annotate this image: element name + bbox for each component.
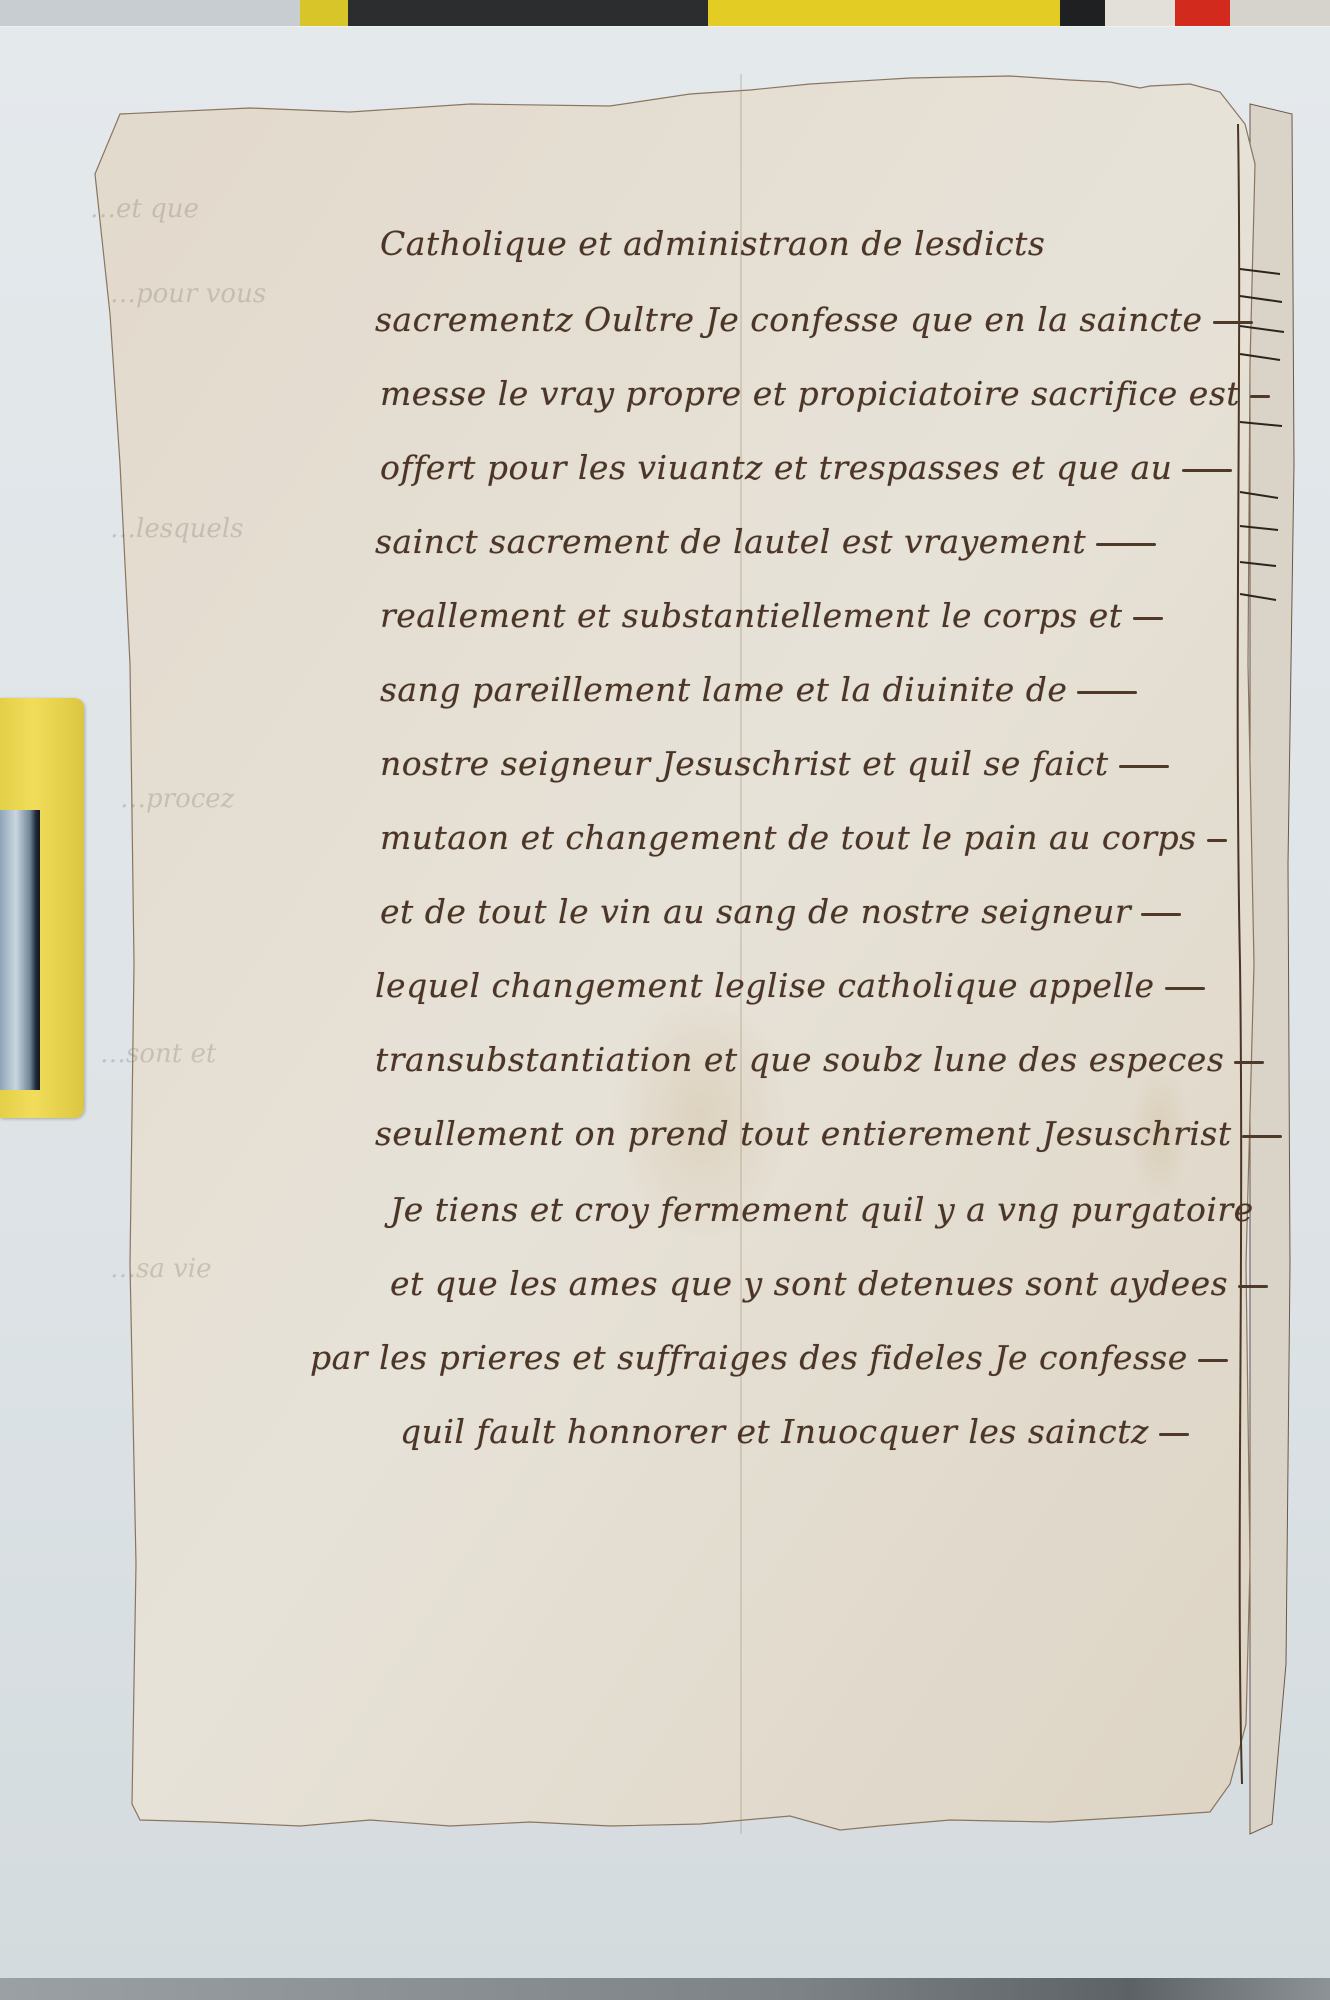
line-filler-dash bbox=[1165, 987, 1205, 990]
line-text: seullement on prend tout entierement Jes… bbox=[375, 1114, 1232, 1153]
line-text: offert pour les viuantz et trespasses et… bbox=[380, 448, 1172, 487]
shelf-object-red bbox=[1175, 0, 1230, 28]
line-filler-dash bbox=[1133, 617, 1163, 620]
line-text: sainct sacrement de lautel est vrayement bbox=[375, 522, 1086, 561]
bleed-through-text: …pour vous bbox=[110, 279, 266, 309]
table-edge bbox=[0, 1978, 1330, 2000]
line-text: Je tiens et croy fermement quil y a vng … bbox=[390, 1190, 1254, 1229]
manuscript-line: Je tiens et croy fermement quil y a vng … bbox=[390, 1190, 1254, 1229]
line-filler-dash bbox=[1213, 321, 1253, 324]
manuscript-line: mutaon et changement de tout le pain au … bbox=[380, 818, 1227, 857]
manuscript-line: sang pareillement lame et la diuinite de bbox=[380, 670, 1137, 709]
manuscript-line: sacrementz Oultre Je confesse que en la … bbox=[375, 300, 1253, 339]
line-filler-dash bbox=[1234, 1061, 1264, 1064]
line-filler-dash bbox=[1159, 1433, 1189, 1436]
manuscript-line: lequel changement leglise catholique app… bbox=[375, 966, 1205, 1005]
manuscript-line: reallement et substantiellement le corps… bbox=[380, 596, 1163, 635]
manuscript-line: transubstantiation et que soubz lune des… bbox=[375, 1040, 1264, 1079]
line-filler-dash bbox=[1242, 1135, 1282, 1138]
manuscript-page: …et que …pour vous …lesquels …procez …so… bbox=[50, 64, 1300, 1854]
line-filler-dash bbox=[1207, 839, 1227, 842]
bleed-through-text: …procez bbox=[120, 784, 234, 814]
bleed-through-text: …et que bbox=[90, 194, 199, 224]
shelf-object-yellow bbox=[300, 0, 348, 28]
line-filler-dash bbox=[1141, 913, 1181, 916]
line-filler-dash bbox=[1119, 765, 1169, 768]
line-text: par les prieres et suffraiges des fidele… bbox=[310, 1338, 1188, 1377]
line-filler-dash bbox=[1077, 691, 1137, 694]
line-text: quil fault honnorer et Inuocquer les sai… bbox=[400, 1412, 1149, 1451]
manuscript-line: messe le vray propre et propiciatoire sa… bbox=[380, 374, 1270, 413]
line-filler-dash bbox=[1198, 1359, 1228, 1362]
manuscript-line: sainct sacrement de lautel est vrayement bbox=[375, 522, 1156, 561]
line-text: mutaon et changement de tout le pain au … bbox=[380, 818, 1197, 857]
line-text: sacrementz Oultre Je confesse que en la … bbox=[375, 300, 1203, 339]
manuscript-line: et que les ames que y sont detenues sont… bbox=[390, 1264, 1268, 1303]
line-text: messe le vray propre et propiciatoire sa… bbox=[380, 374, 1240, 413]
shelf-object-black bbox=[348, 0, 708, 28]
line-text: lequel changement leglise catholique app… bbox=[375, 966, 1155, 1005]
bleed-through-text: …sa vie bbox=[110, 1254, 212, 1284]
bleed-through-text: …sont et bbox=[100, 1039, 216, 1069]
line-text: Catholique et administraon de lesdicts bbox=[380, 224, 1045, 263]
line-filler-dash bbox=[1182, 469, 1232, 472]
shelf-object-white bbox=[1105, 0, 1175, 28]
shelf-object-light bbox=[1230, 0, 1330, 28]
line-filler-dash bbox=[1096, 543, 1156, 546]
line-text: et de tout le vin au sang de nostre seig… bbox=[380, 892, 1131, 931]
line-text: sang pareillement lame et la diuinite de bbox=[380, 670, 1067, 709]
line-text: reallement et substantiellement le corps… bbox=[380, 596, 1123, 635]
line-filler-dash bbox=[1250, 395, 1270, 398]
clip-metal-plate bbox=[0, 810, 40, 1090]
line-filler-dash bbox=[1238, 1285, 1268, 1288]
line-text: nostre seigneur Jesuschrist et quil se f… bbox=[380, 744, 1109, 783]
line-text: et que les ames que y sont detenues sont… bbox=[390, 1264, 1228, 1303]
shelf-object-dark bbox=[1060, 0, 1105, 28]
manuscript-line: par les prieres et suffraiges des fidele… bbox=[310, 1338, 1228, 1377]
manuscript-line: et de tout le vin au sang de nostre seig… bbox=[380, 892, 1181, 931]
manuscript-line: quil fault honnorer et Inuocquer les sai… bbox=[400, 1412, 1189, 1451]
manuscript-line: nostre seigneur Jesuschrist et quil se f… bbox=[380, 744, 1169, 783]
shelf-object-yellow-box bbox=[708, 0, 1060, 28]
line-text: transubstantiation et que soubz lune des… bbox=[375, 1040, 1224, 1079]
bleed-through-text: …lesquels bbox=[110, 514, 243, 544]
manuscript-line: offert pour les viuantz et trespasses et… bbox=[380, 448, 1232, 487]
manuscript-line: Catholique et administraon de lesdicts bbox=[380, 224, 1045, 263]
shelf-object-gray bbox=[0, 0, 300, 28]
manuscript-line: seullement on prend tout entierement Jes… bbox=[375, 1114, 1282, 1153]
